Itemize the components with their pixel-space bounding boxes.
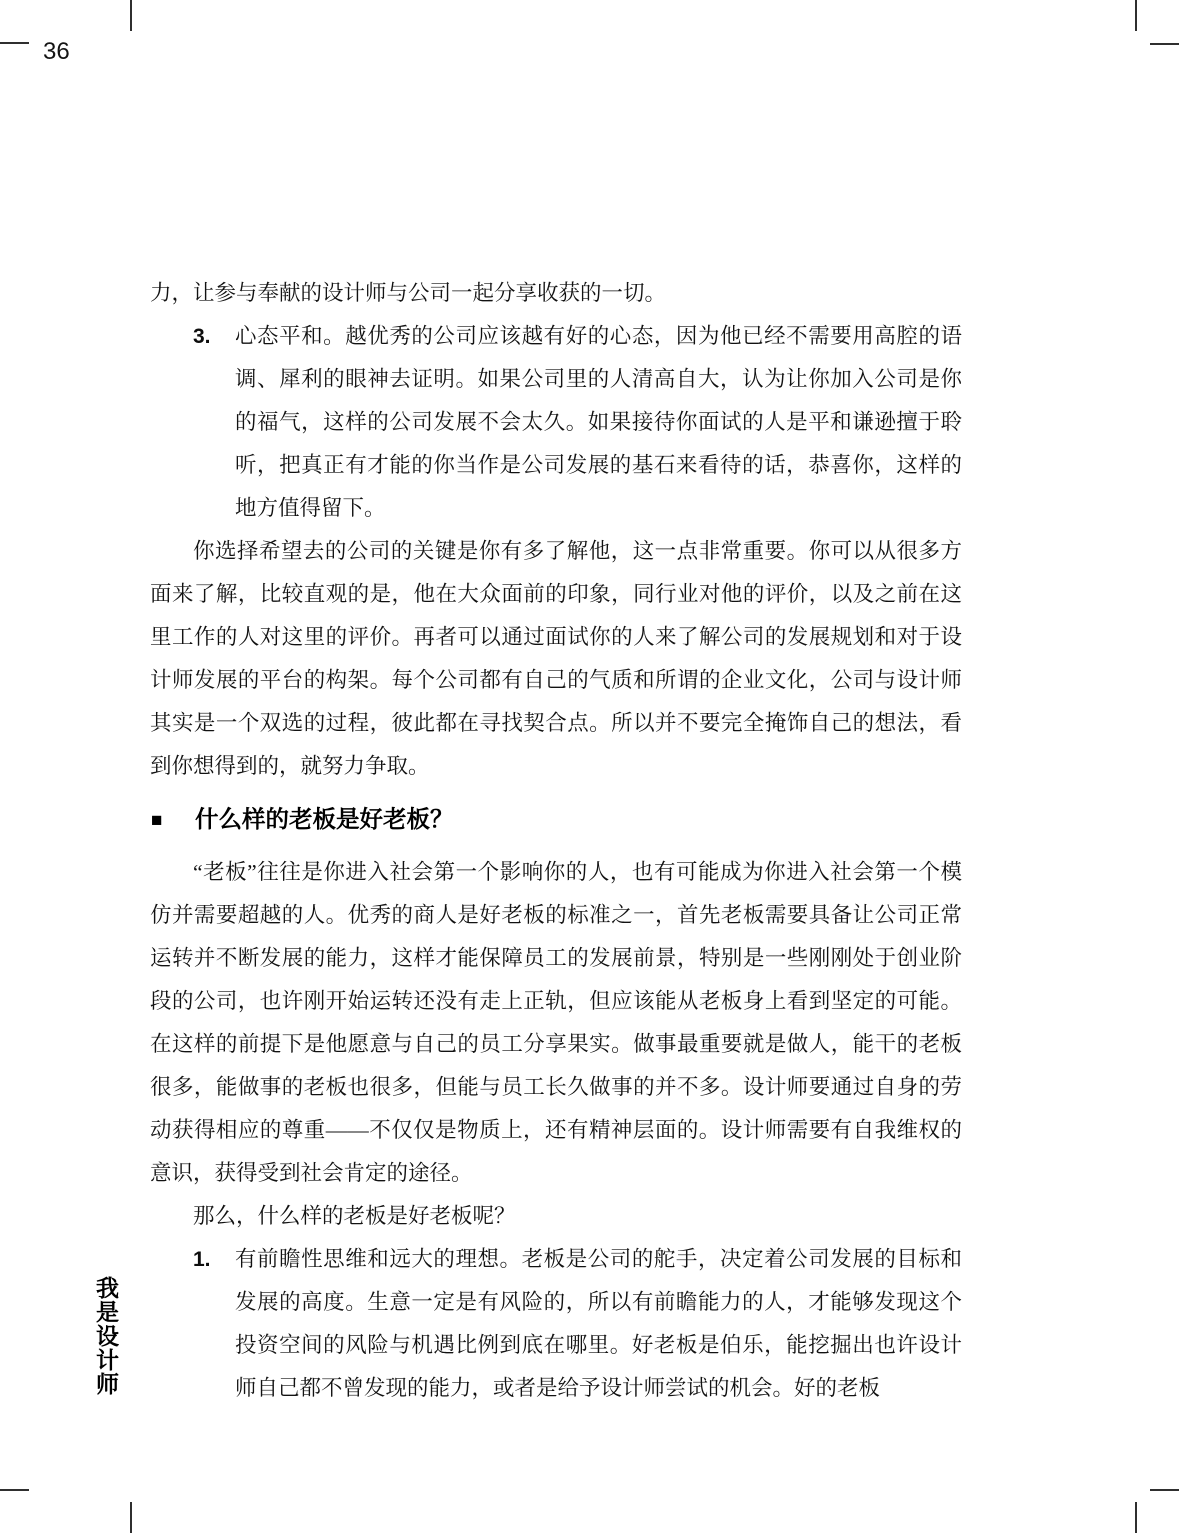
section-heading-text: 什么样的老板是好老板？ — [195, 806, 454, 832]
crop-mark-top-right-horizontal — [1150, 43, 1179, 45]
list-item-number: 1. — [193, 1238, 211, 1281]
square-bullet-icon: ■ — [151, 799, 162, 842]
list-item-text: 有前瞻性思维和远大的理想。老板是公司的舵手，决定着公司发展的目标和发展的高度。生… — [235, 1238, 962, 1410]
crop-mark-bottom-right-horizontal — [1150, 1489, 1179, 1491]
body-paragraph: “老板”往往是你进入社会第一个影响你的人，也有可能成为你进入社会第一个模仿并需要… — [150, 851, 962, 1195]
crop-mark-bottom-right-vertical — [1135, 1502, 1137, 1533]
crop-mark-top-left-horizontal — [0, 42, 29, 44]
numbered-list-item-1: 1. 有前瞻性思维和远大的理想。老板是公司的舵手，决定着公司发展的目标和发展的高… — [150, 1238, 962, 1410]
crop-mark-bottom-left-horizontal — [0, 1489, 29, 1491]
list-item-text: 心态平和。越优秀的公司应该越有好的心态，因为他已经不需要用高腔的语调、犀利的眼神… — [235, 315, 962, 530]
body-paragraph: 那么，什么样的老板是好老板呢？ — [150, 1195, 962, 1238]
body-paragraph: 你选择希望去的公司的关键是你有多了解他，这一点非常重要。你可以从很多方面来了解，… — [150, 530, 962, 788]
crop-mark-bottom-left-vertical — [130, 1502, 132, 1533]
page-content: 力，让参与奉献的设计师与公司一起分享收获的一切。 3. 心态平和。越优秀的公司应… — [150, 272, 962, 1410]
crop-mark-top-right-vertical — [1135, 0, 1137, 31]
list-item-continuation-text: 力，让参与奉献的设计师与公司一起分享收获的一切。 — [150, 272, 962, 315]
book-page: 36 我是设计师 力，让参与奉献的设计师与公司一起分享收获的一切。 3. 心态平… — [0, 0, 1179, 1533]
numbered-list-item-3: 3. 心态平和。越优秀的公司应该越有好的心态，因为他已经不需要用高腔的语调、犀利… — [150, 315, 962, 530]
page-number: 36 — [43, 38, 70, 66]
book-spine-title: 我是设计师 — [90, 1276, 123, 1396]
list-item-number: 3. — [193, 315, 211, 358]
crop-mark-top-left-vertical — [130, 0, 132, 31]
section-heading: ■ 什么样的老板是好老板？ — [150, 798, 962, 841]
